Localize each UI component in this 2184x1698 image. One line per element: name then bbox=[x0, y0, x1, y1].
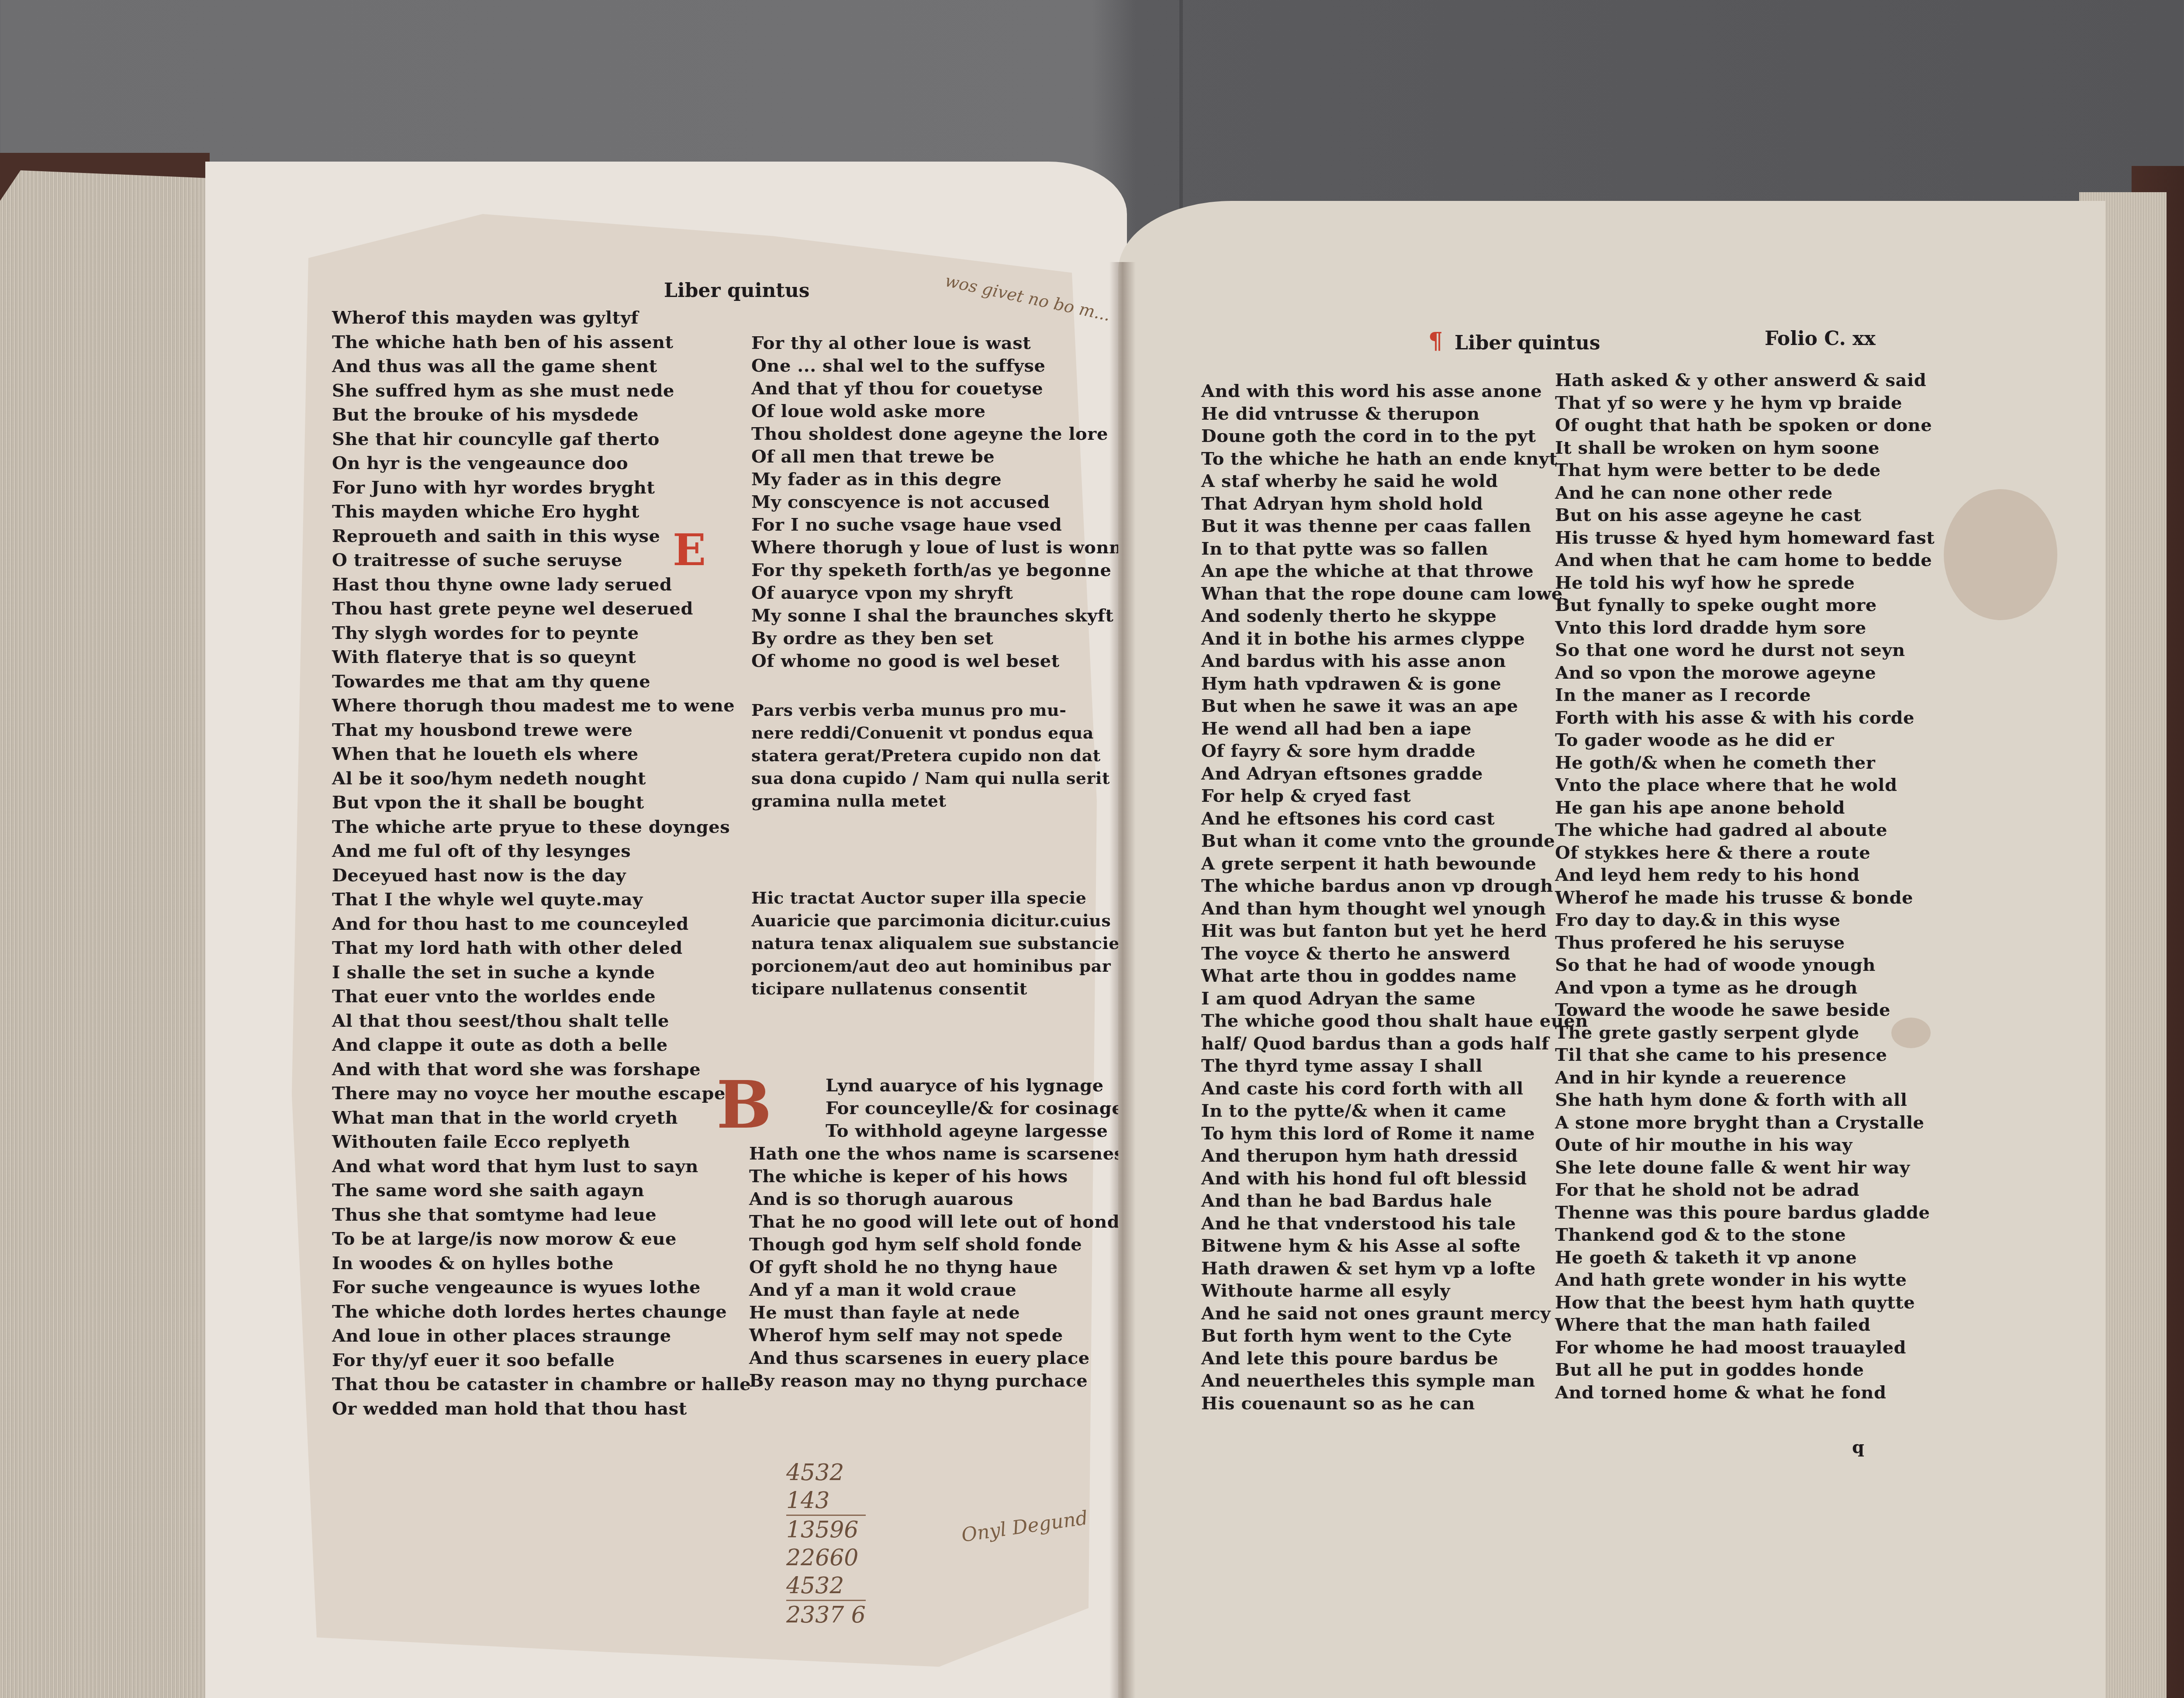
text-line: The same word she saith agayn bbox=[332, 1178, 751, 1203]
text-line: Withouten faile Ecco replyeth bbox=[332, 1130, 751, 1154]
text-line: The whiche hath ben of his assent bbox=[332, 330, 751, 355]
text-line: And thus scarsenes in euery place bbox=[749, 1347, 1146, 1370]
text-line: Of gyft shold he no thyng haue bbox=[749, 1256, 1146, 1279]
left-running-head: Liber quintus bbox=[664, 280, 809, 302]
folio-number: Folio C. xx bbox=[1765, 328, 1876, 350]
text-line: But all he put in goddes honde bbox=[1555, 1359, 1935, 1381]
text-line: That Adryan hym shold hold bbox=[1201, 493, 1588, 515]
text-line: The thyrd tyme assay I shall bbox=[1201, 1055, 1588, 1077]
text-line: He goth/& when he cometh ther bbox=[1555, 752, 1935, 774]
text-line: For help & cryed fast bbox=[1201, 785, 1588, 808]
text-line: Whan that the rope doune cam lowe bbox=[1201, 583, 1588, 605]
text-line: Where that the man hath failed bbox=[1555, 1314, 1935, 1336]
text-line: My fader as in this degre bbox=[751, 468, 1133, 491]
text-line: And yf a man it wold craue bbox=[749, 1279, 1146, 1301]
left-column-2-verse: For thy al other loue is wastOne ... sha… bbox=[751, 332, 1133, 673]
text-line: Towardes me that am thy quene bbox=[332, 670, 751, 694]
text-line: natura tenax aliqualem sue substancie bbox=[751, 932, 1120, 955]
text-line: To be at large/is now morow & eue bbox=[332, 1227, 751, 1251]
text-line: Fro day to day.& in this wyse bbox=[1555, 909, 1935, 932]
text-line: That I the whyle wel quyte.may bbox=[332, 887, 751, 912]
manuscript-number: 4532 bbox=[786, 1572, 866, 1600]
text-line: Of auaryce vpon my shryft bbox=[751, 582, 1133, 604]
text-line: And therupon hym hath dressid bbox=[1201, 1145, 1588, 1167]
text-line: What man that in the world cryeth bbox=[332, 1106, 751, 1130]
text-line: One ... shal wel to the suffyse bbox=[751, 355, 1133, 377]
text-line: The whiche had gadred al aboute bbox=[1555, 819, 1935, 842]
paraph-mark: ¶ bbox=[1428, 328, 1443, 354]
manuscript-number: 13596 bbox=[786, 1515, 866, 1544]
text-line: Hath asked & y other answerd & said bbox=[1555, 369, 1935, 392]
text-line: He wend all had ben a iape bbox=[1201, 718, 1588, 740]
text-line: Til that she came to his presence bbox=[1555, 1044, 1935, 1066]
text-line: And he that vnderstood his tale bbox=[1201, 1212, 1588, 1235]
text-line: And clappe it oute as doth a belle bbox=[332, 1033, 751, 1057]
text-line: Al be it soo/hym nedeth nought bbox=[332, 766, 751, 791]
text-line: What arte thou in goddes name bbox=[1201, 965, 1588, 987]
text-line: In to the pytte/& when it came bbox=[1201, 1100, 1588, 1122]
text-line: ticipare nullatenus consentit bbox=[751, 977, 1120, 1000]
text-line: In to that pytte was so fallen bbox=[1201, 538, 1588, 560]
text-line: Thou sholdest done ageyne the lore bbox=[751, 423, 1133, 445]
text-line: An ape the whiche at that throwe bbox=[1201, 560, 1588, 583]
text-line: Toward the woode he sawe beside bbox=[1555, 999, 1935, 1022]
left-column-2-continued: Hath one the whos name is scarsenesseThe… bbox=[749, 1142, 1146, 1392]
text-line: For thy speketh forth/as ye begonne bbox=[751, 559, 1133, 582]
text-line: Vnto the place where that he wold bbox=[1555, 774, 1935, 797]
text-line: And he said not ones graunt mercy bbox=[1201, 1302, 1588, 1325]
text-line: That euer vnto the worldes ende bbox=[332, 984, 751, 1009]
manuscript-number: 143 bbox=[786, 1487, 866, 1515]
text-line: Where thorugh thou madest me to wene bbox=[332, 694, 751, 718]
text-line: And Adryan eftsones gradde bbox=[1201, 763, 1588, 785]
left-column-1: Wherof this mayden was gyltyfThe whiche … bbox=[332, 306, 751, 1421]
text-line: Auaricie que parcimonia dicitur.cuius bbox=[751, 909, 1120, 932]
text-line: She hath hym done & forth with all bbox=[1555, 1089, 1935, 1111]
text-line: And bardus with his asse anon bbox=[1201, 650, 1588, 673]
text-line: Though god hym self shold fonde bbox=[749, 1233, 1146, 1256]
text-line: Where thorugh y loue of lust is wonne bbox=[751, 536, 1133, 559]
decorated-initial: B bbox=[716, 1072, 772, 1138]
text-line: statera gerat/Pretera cupido non dat bbox=[751, 744, 1110, 767]
text-line: Wherof hym self may not spede bbox=[749, 1324, 1146, 1347]
text-line: That yf so were y he hym vp braide bbox=[1555, 392, 1935, 414]
right-column-1: And with this word his asse anoneHe did … bbox=[1201, 380, 1588, 1415]
text-line: Of whome no good is wel beset bbox=[751, 650, 1133, 673]
text-line: To withhold ageyne largesse bbox=[826, 1120, 1123, 1142]
text-line: And he can none other rede bbox=[1555, 482, 1935, 504]
text-line: And it in bothe his armes clyppe bbox=[1201, 628, 1588, 650]
text-line: half/ Quod bardus than a gods half bbox=[1201, 1032, 1588, 1055]
text-line: The whiche doth lordes hertes chaunge bbox=[332, 1300, 751, 1324]
text-line: And leyd hem redy to his hond bbox=[1555, 864, 1935, 887]
text-line: My conscyence is not accused bbox=[751, 491, 1133, 514]
text-line: And hath grete wonder in his wytte bbox=[1555, 1269, 1935, 1291]
text-line: Hit was but fanton but yet he herd bbox=[1201, 920, 1588, 942]
text-line: Hath one the whos name is scarsenesse bbox=[749, 1142, 1146, 1165]
text-line: Withoute harme all esyly bbox=[1201, 1280, 1588, 1302]
text-line: And in hir kynde a reuerence bbox=[1555, 1066, 1935, 1089]
text-line: Or wedded man hold that thou hast bbox=[332, 1397, 751, 1421]
manuscript-number: 2337 6 bbox=[786, 1600, 866, 1629]
text-line: Thankend god & to the stone bbox=[1555, 1224, 1935, 1246]
text-line: She lete doune falle & went hir way bbox=[1555, 1156, 1935, 1179]
text-line: I shalle the set in suche a kynde bbox=[332, 960, 751, 985]
text-line: And sodenly therto he skyppe bbox=[1201, 605, 1588, 628]
text-line: nere reddi/Conuenit vt pondus equa bbox=[751, 721, 1110, 744]
manuscript-number: 22660 bbox=[786, 1544, 866, 1572]
text-line: Thou hast grete peyne wel deserued bbox=[332, 597, 751, 621]
text-line: Thy slygh wordes for to peynte bbox=[332, 621, 751, 645]
text-line: But it was thenne per caas fallen bbox=[1201, 515, 1588, 538]
foxing-stain bbox=[1944, 489, 2057, 620]
text-line: Hic tractat Auctor super illa specie bbox=[751, 887, 1120, 909]
text-line: Hym hath vpdrawen & is gone bbox=[1201, 673, 1588, 695]
text-line: Wherof he made his trusse & bonde bbox=[1555, 887, 1935, 909]
text-line: To hym this lord of Rome it name bbox=[1201, 1122, 1588, 1145]
text-line: He did vntrusse & therupon bbox=[1201, 403, 1588, 425]
text-line: For thy al other loue is wast bbox=[751, 332, 1133, 355]
text-line: And torned home & what he fond bbox=[1555, 1381, 1935, 1404]
text-line: And is so thorugh auarous bbox=[749, 1188, 1146, 1211]
text-line: Of stykkes here & there a route bbox=[1555, 842, 1935, 864]
left-column-2-indented: Lynd auaryce of his lygnageFor counceyll… bbox=[826, 1074, 1123, 1142]
text-line: And so vpon the morowe ageyne bbox=[1555, 662, 1935, 684]
text-line: To the whiche he hath an ende knyt bbox=[1201, 448, 1588, 470]
text-line: And what word that hym lust to sayn bbox=[332, 1154, 751, 1179]
text-line: Pars verbis verba munus pro mu- bbox=[751, 699, 1110, 721]
text-line: In the maner as I recorde bbox=[1555, 684, 1935, 707]
text-line: But when he sawe it was an ape bbox=[1201, 695, 1588, 718]
text-line: Of ought that hath be spoken or done bbox=[1555, 414, 1935, 437]
text-line: Vnto this lord dradde hym sore bbox=[1555, 617, 1935, 639]
text-line: Of all men that trewe be bbox=[751, 445, 1133, 468]
text-line: Deceyued hast now is the day bbox=[332, 863, 751, 888]
text-line: And caste his cord forth with all bbox=[1201, 1077, 1588, 1100]
text-line: porcionem/aut deo aut hominibus par bbox=[751, 955, 1120, 977]
text-line: And that yf thou for couetyse bbox=[751, 377, 1133, 400]
text-line: So that one word he durst not seyn bbox=[1555, 639, 1935, 662]
text-line: To gader woode as he did er bbox=[1555, 729, 1935, 752]
text-line: That he no good will lete out of honde bbox=[749, 1211, 1146, 1233]
latin-verse: Pars verbis verba munus pro mu-nere redd… bbox=[751, 699, 1110, 812]
text-line: Thus she that somtyme had leue bbox=[332, 1203, 751, 1227]
text-line: But fynally to speke ought more bbox=[1555, 594, 1935, 617]
text-line: The whiche good thou shalt haue euen bbox=[1201, 1010, 1588, 1032]
text-line: And than hym thought wel ynough bbox=[1201, 897, 1588, 920]
text-line: The grete gastly serpent glyde bbox=[1555, 1022, 1935, 1044]
text-line: And thus was all the game shent bbox=[332, 354, 751, 379]
text-line: For thy/yf euer it soo befalle bbox=[332, 1348, 751, 1373]
book-gutter bbox=[1109, 262, 1136, 1698]
text-line: She suffred hym as she must nede bbox=[332, 379, 751, 403]
text-line: Thenne was this poure bardus gladde bbox=[1555, 1201, 1935, 1224]
text-line: But forth hym went to the Cyte bbox=[1201, 1325, 1588, 1347]
text-line: The voyce & therto he answerd bbox=[1201, 942, 1588, 965]
right-running-head: Liber quintus bbox=[1455, 332, 1600, 354]
text-line: sua dona cupido / Nam qui nulla serit bbox=[751, 767, 1110, 790]
text-line: A staf wherby he said he wold bbox=[1201, 470, 1588, 493]
text-line: Bitwene hym & his Asse al softe bbox=[1201, 1235, 1588, 1257]
text-line: But vpon the it shall be bought bbox=[332, 790, 751, 815]
rubric-mark: E bbox=[673, 524, 706, 576]
text-line: Lynd auaryce of his lygnage bbox=[826, 1074, 1123, 1097]
text-line: Forth with his asse & with his corde bbox=[1555, 707, 1935, 729]
text-line: But whan it come vnto the grounde bbox=[1201, 830, 1588, 852]
text-line: For Juno with hyr wordes bryght bbox=[332, 476, 751, 500]
text-line: On hyr is the vengeaunce doo bbox=[332, 451, 751, 476]
text-line: gramina nulla metet bbox=[751, 790, 1110, 812]
text-line: His couenaunt so as he can bbox=[1201, 1392, 1588, 1415]
right-column-2: Hath asked & y other answerd & saidThat … bbox=[1555, 369, 1935, 1404]
text-line: And with that word she was forshape bbox=[332, 1057, 751, 1082]
text-line: And lete this poure bardus be bbox=[1201, 1347, 1588, 1370]
text-line: And me ful oft of thy lesynges bbox=[332, 839, 751, 863]
text-line: Thus profered he his seruyse bbox=[1555, 932, 1935, 954]
text-line: Al that thou seest/thou shalt telle bbox=[332, 1009, 751, 1033]
manuscript-number: 4532 bbox=[786, 1459, 866, 1487]
text-line: Of loue wold aske more bbox=[751, 400, 1133, 423]
text-line: That hym were better to be dede bbox=[1555, 459, 1935, 482]
text-line: The whiche is keper of his hows bbox=[749, 1165, 1146, 1188]
text-line: For suche vengeaunce is wyues lothe bbox=[332, 1275, 751, 1300]
text-line: This mayden whiche Ero hyght bbox=[332, 500, 751, 524]
text-line: By ordre as they ben set bbox=[751, 627, 1133, 650]
text-line: She that hir councylle gaf therto bbox=[332, 427, 751, 452]
text-line: A stone more bryght than a Crystalle bbox=[1555, 1111, 1935, 1134]
text-line: For that he shold not be adrad bbox=[1555, 1179, 1935, 1201]
text-line: His trusse & hyed hym homeward fast bbox=[1555, 527, 1935, 549]
text-line: That my housbond trewe were bbox=[332, 718, 751, 742]
text-line: A grete serpent it hath bewounde bbox=[1201, 852, 1588, 875]
text-line: For whome he had moost trauayled bbox=[1555, 1336, 1935, 1359]
text-line: And he eftsones his cord cast bbox=[1201, 808, 1588, 830]
text-line: My sonne I shal the braunches skyft bbox=[751, 604, 1133, 627]
text-line: And than he bad Bardus hale bbox=[1201, 1190, 1588, 1212]
text-line: He goeth & taketh it vp anone bbox=[1555, 1246, 1935, 1269]
text-line: He told his wyf how he sprede bbox=[1555, 572, 1935, 594]
text-line: And for thou hast to me counceyled bbox=[332, 912, 751, 936]
latin-gloss: Hic tractat Auctor super illa specieAuar… bbox=[751, 887, 1120, 1000]
text-line: How that the beest hym hath quytte bbox=[1555, 1291, 1935, 1314]
text-line: Doune goth the cord in to the pyt bbox=[1201, 425, 1588, 448]
text-line: But on his asse ageyne he cast bbox=[1555, 504, 1935, 527]
text-line: For counceylle/& for cosinage bbox=[826, 1097, 1123, 1120]
text-line: He gan his ape anone behold bbox=[1555, 797, 1935, 819]
text-line: That my lord hath with other deled bbox=[332, 936, 751, 960]
text-line: And with this word his asse anone bbox=[1201, 380, 1588, 403]
text-line: And vpon a tyme as he drough bbox=[1555, 977, 1935, 999]
text-line: The whiche arte pryue to these doynges bbox=[332, 815, 751, 839]
text-line: By reason may no thyng purchace bbox=[749, 1370, 1146, 1392]
text-line: It shall be wroken on hym soone bbox=[1555, 437, 1935, 459]
text-line: In woodes & on hylles bothe bbox=[332, 1251, 751, 1276]
text-line: And neuertheles this symple man bbox=[1201, 1370, 1588, 1392]
page-block-left bbox=[0, 170, 205, 1698]
text-line: Hath drawen & set hym vp a lofte bbox=[1201, 1257, 1588, 1280]
text-line: He must than fayle at nede bbox=[749, 1301, 1146, 1324]
text-line: Wherof this mayden was gyltyf bbox=[332, 306, 751, 330]
text-line: Of fayry & sore hym dradde bbox=[1201, 740, 1588, 763]
text-line: But the brouke of his mysdede bbox=[332, 403, 751, 427]
text-line: And loue in other places straunge bbox=[332, 1324, 751, 1348]
text-line: Hast thou thyne owne lady serued bbox=[332, 573, 751, 597]
text-line: For I no suche vsage haue vsed bbox=[751, 514, 1133, 536]
text-line: The whiche bardus anon vp drough bbox=[1201, 875, 1588, 897]
manuscript-arithmetic: 4532143135962266045322337 6 bbox=[786, 1459, 866, 1629]
text-line: There may no voyce her mouthe escape bbox=[332, 1081, 751, 1106]
text-line: And when that he cam home to bedde bbox=[1555, 549, 1935, 572]
text-line: With flaterye that is so queynt bbox=[332, 645, 751, 670]
text-line: I am quod Adryan the same bbox=[1201, 987, 1588, 1010]
text-line: Oute of hir mouthe in his way bbox=[1555, 1134, 1935, 1156]
text-line: And with his hond ful oft blessid bbox=[1201, 1167, 1588, 1190]
text-line: That thou be cataster in chambre or hall… bbox=[332, 1372, 751, 1397]
text-line: So that he had of woode ynough bbox=[1555, 954, 1935, 977]
signature-mark: q bbox=[1852, 1437, 1864, 1457]
text-line: When that he loueth els where bbox=[332, 742, 751, 766]
